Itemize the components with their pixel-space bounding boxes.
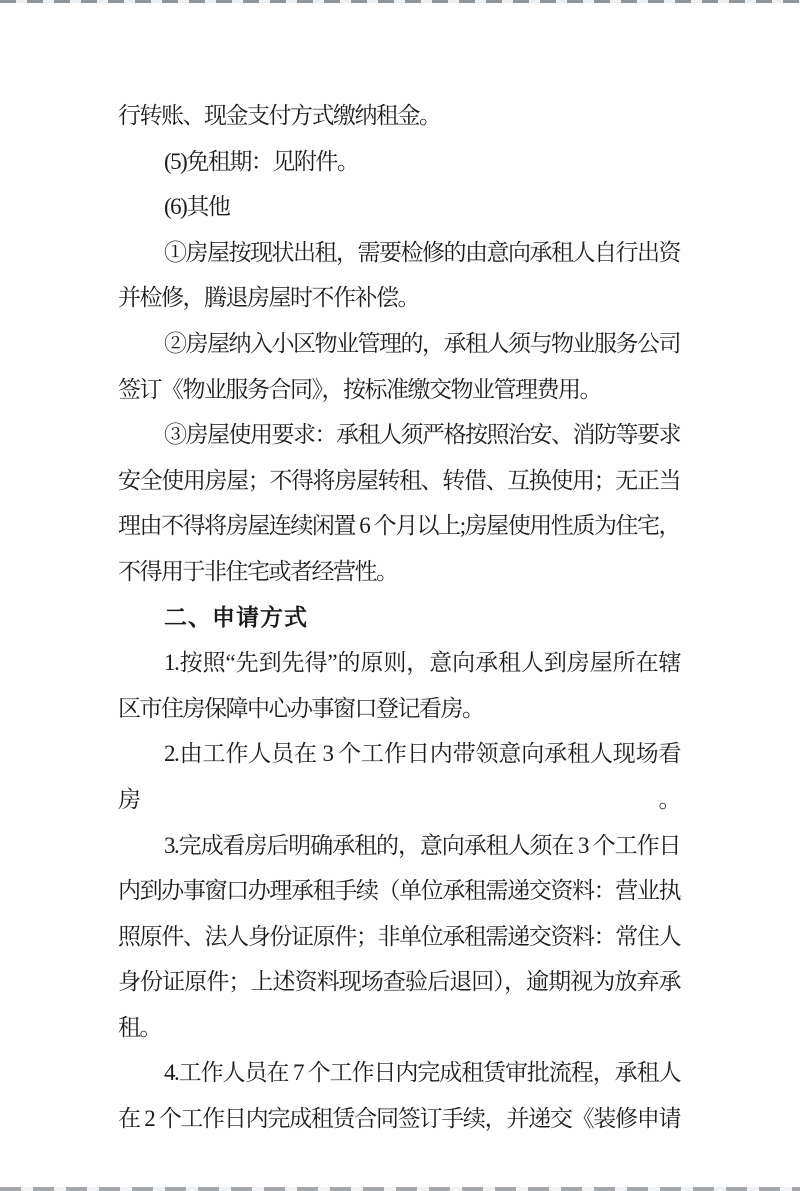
paragraph: 行转账、现金支付方式缴纳租金。 (118, 93, 680, 139)
text-line: (6)其他 (118, 184, 680, 230)
scan-artifact-bottom (0, 1187, 800, 1191)
text-line: ③房屋使用要求：承租人须严格按照治安、消防等要求 (118, 412, 680, 458)
paragraph: 3.完成看房后明确承租的，意向承租人须在 3 个工作日 内到办事窗口办理承租手续… (118, 823, 680, 1051)
text-line: 并检修，腾退房屋时不作补偿。 (118, 275, 680, 321)
text-column: 行转账、现金支付方式缴纳租金。 (5)免租期：见附件。 (6)其他 ①房屋按现状… (118, 93, 680, 1142)
scan-artifact-top (0, 0, 800, 3)
text-line: 签订《物业服务合同》，按标准缴交物业管理费用。 (118, 367, 680, 413)
text-line: 照原件、法人身份证原件；非单位承租需递交资料：常住人 (118, 914, 680, 960)
document-page: 行转账、现金支付方式缴纳租金。 (5)免租期：见附件。 (6)其他 ①房屋按现状… (0, 0, 800, 1191)
paragraph: ①房屋按现状出租，需要检修的由意向承租人自行出资 并检修，腾退房屋时不作补偿。 (118, 230, 680, 321)
text-line: 1.按照“先到先得”的原则，意向承租人到房屋所在辖 (118, 640, 680, 686)
paragraph: ②房屋纳入小区物业管理的，承租人须与物业服务公司 签订《物业服务合同》，按标准缴… (118, 321, 680, 412)
paragraph: 二、申请方式 (118, 595, 680, 641)
text-line: 不得用于非住宅或者经营性。 (118, 549, 680, 595)
text-line: 4.工作人员在 7 个工作日内完成租赁审批流程，承租人 (118, 1050, 680, 1096)
paragraph: (6)其他 (118, 184, 680, 230)
text-line: 3.完成看房后明确承租的，意向承租人须在 3 个工作日 (118, 823, 680, 869)
text-line: 安全使用房屋；不得将房屋转租、转借、互换使用；无正当 (118, 458, 680, 504)
text-line: ②房屋纳入小区物业管理的，承租人须与物业服务公司 (118, 321, 680, 367)
text-line: (5)免租期：见附件。 (118, 139, 680, 185)
paragraph: (5)免租期：见附件。 (118, 139, 680, 185)
text-line: 在 2 个工作日内完成租赁合同签订手续，并递交《装修申请 (118, 1096, 680, 1142)
text-line: 行转账、现金支付方式缴纳租金。 (118, 93, 680, 139)
text-line: 内到办事窗口办理承租手续（单位承租需递交资料：营业执 (118, 868, 680, 914)
text-line: 理由不得将房屋连续闲置 6 个月以上;房屋使用性质为住宅， (118, 503, 680, 549)
text-line: 身份证原件；上述资料现场查验后退回），逾期视为放弃承 (118, 959, 680, 1005)
paragraph: 1.按照“先到先得”的原则，意向承租人到房屋所在辖 区市住房保障中心办事窗口登记… (118, 640, 680, 731)
section-heading: 二、申请方式 (118, 595, 680, 641)
text-line: 2.由工作人员在 3 个工作日内带领意向承租人现场看房。 (118, 731, 680, 822)
paragraph: ③房屋使用要求：承租人须严格按照治安、消防等要求 安全使用房屋；不得将房屋转租、… (118, 412, 680, 594)
text-line: 租。 (118, 1005, 680, 1051)
paragraph: 2.由工作人员在 3 个工作日内带领意向承租人现场看房。 (118, 731, 680, 822)
text-line: ①房屋按现状出租，需要检修的由意向承租人自行出资 (118, 230, 680, 276)
text-line: 区市住房保障中心办事窗口登记看房。 (118, 686, 680, 732)
paragraph: 4.工作人员在 7 个工作日内完成租赁审批流程，承租人 在 2 个工作日内完成租… (118, 1050, 680, 1141)
